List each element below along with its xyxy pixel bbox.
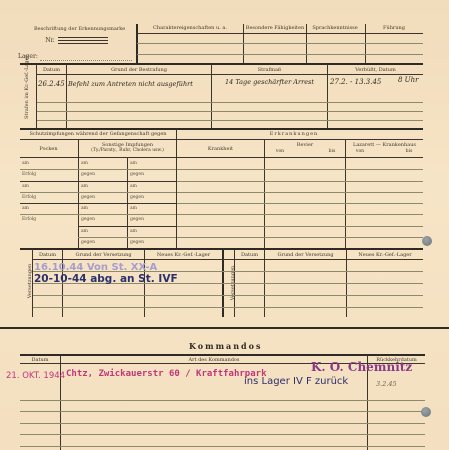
pow-record-card: Beschriftung der Erkennungsmarke Nr. Lag… [0, 0, 449, 450]
vacc-cell: am [130, 229, 137, 234]
rule [177, 226, 423, 227]
vacc-cell: gegen [130, 240, 144, 245]
punishment-reason: Befehl zum Antreten nicht ausgeführt [68, 80, 193, 88]
vacc-cell: am [81, 184, 88, 189]
punishment-time: 8 Uhr [398, 76, 418, 84]
vacc-cell: Erfolg [22, 195, 36, 200]
rule [177, 203, 423, 204]
revier-bis: bis [322, 149, 342, 155]
rule [33, 295, 423, 296]
transfer-stamp-from: 16.10.44 Von St. XX-A [34, 262, 157, 273]
rule [20, 446, 425, 447]
vacc-cell: am [130, 206, 137, 211]
vacc-cell: am [81, 229, 88, 234]
vacc-cell: gegen [130, 217, 144, 222]
punishment-date: 26.2.45 [38, 80, 65, 88]
kommando-address-stamp: Chtz, Zwickauerstr 60 / Kraftfahrpark [66, 369, 266, 379]
rule [20, 157, 423, 158]
rule [20, 192, 176, 193]
rule [33, 307, 423, 308]
rule [137, 54, 423, 55]
transfer-col-reason: Grund der Versetzung [63, 252, 144, 258]
lager-line [40, 60, 132, 61]
col-revier: Revier [265, 142, 345, 148]
rule [37, 120, 423, 121]
rule [20, 411, 425, 412]
rule [177, 181, 423, 182]
rule [33, 259, 423, 260]
languages-label: Sprachkenntnisse [307, 25, 363, 31]
character-label: Charaktereigenschaften u. a. [138, 25, 242, 31]
rule [20, 423, 425, 424]
rule [78, 226, 176, 227]
rule [177, 169, 423, 170]
rule [20, 434, 425, 435]
section-rule [20, 128, 423, 130]
kommandos-title: Kommandos [189, 341, 262, 351]
rule [37, 74, 423, 75]
vacc-cell: am [81, 161, 88, 166]
rule [137, 33, 423, 34]
return-stamp: ins Lager IV F zurück [244, 376, 348, 387]
ko-chemnitz-stamp: K. O. Chemnitz [311, 360, 412, 374]
rule [20, 181, 176, 182]
vacc-cell: gegen [81, 217, 95, 222]
vacc-cell: am [130, 161, 137, 166]
transfer-col-reason-2: Grund der Versetzung [265, 252, 346, 258]
punch-hole [422, 236, 432, 246]
nr-line-2 [58, 40, 108, 41]
rule [37, 111, 423, 112]
lazarett-von: von [350, 149, 370, 155]
col-lazarett: Lazarett — Krankenhaus [346, 142, 423, 148]
vacc-cell: gegen [130, 172, 144, 177]
vacc-cell: Erfolg [22, 217, 36, 222]
nr-label: Nr. [40, 38, 60, 44]
punch-hole [421, 407, 431, 417]
transfer-col-camp-2: Neues Kr.-Gef.-Lager [347, 252, 423, 258]
rule [20, 400, 425, 401]
col-divider [60, 355, 61, 450]
rule [78, 237, 176, 238]
kommando-date-stamp: 21. OKT. 1944 [6, 371, 65, 381]
vacc-cell: am [22, 206, 29, 211]
vacc-cell: gegen [81, 172, 95, 177]
lazarett-bis: bis [399, 149, 419, 155]
rule [20, 203, 176, 204]
col-illness: Krankheit [177, 146, 264, 152]
id-mark-label: Beschriftung der Erkennungsmarke [34, 26, 124, 32]
vacc-cell: am [22, 161, 29, 166]
rule [177, 237, 423, 238]
conduct-label: Führung [366, 25, 422, 31]
col-pocken: Pocken [20, 146, 77, 152]
vacc-cell: am [22, 184, 29, 189]
vacc-title: Schutzimpfungen während der Gefangenscha… [20, 131, 176, 137]
nr-line-3 [58, 43, 108, 44]
vacc-cell: gegen [81, 240, 95, 245]
rule [20, 169, 176, 170]
return-date: 3.2.45 [376, 380, 397, 388]
rule [137, 43, 423, 44]
col-penalty: Strafmaß [212, 67, 327, 73]
revier-von: von [270, 149, 290, 155]
transfer-col-datum-2: Datum [235, 252, 264, 258]
vacc-cell: Erfolg [22, 172, 36, 177]
section-rule [20, 63, 423, 65]
section-rule [20, 354, 425, 356]
transfer-col-camp: Neues Kr.-Gef.-Lager [145, 252, 222, 258]
illness-title: Erkrankungen [244, 131, 344, 137]
transfer-stamp-to: 20-10-44 abg. an St. IVF [34, 273, 178, 285]
punishment-served: 27.2. - 13.3.45 [330, 78, 381, 86]
punishments-side-label: Strafen im Kr.-Gef.-Lager [24, 69, 30, 119]
vacc-cell: gegen [130, 195, 144, 200]
vacc-cell: am [130, 184, 137, 189]
rule [37, 102, 423, 103]
rule [177, 214, 423, 215]
rule [177, 192, 423, 193]
col-other-sub: (Ty./Paraty., Ruhr, Cholera usw.) [79, 148, 176, 154]
rule [20, 214, 176, 215]
vacc-cell: gegen [81, 195, 95, 200]
transfer-col-datum: Datum [33, 252, 62, 258]
col-datum: Datum [37, 67, 66, 73]
punishment-penalty: 14 Tage geschärfter Arrest [225, 78, 314, 86]
col-served: Verbüßt, Datum [328, 67, 423, 73]
col-reason: Grund der Bestrafung [67, 67, 211, 73]
abilities-label: Besondere Fähigkeiten [244, 25, 306, 31]
rule [20, 139, 423, 140]
vacc-cell: am [81, 206, 88, 211]
section-rule [0, 327, 449, 329]
nr-line-1 [58, 37, 108, 38]
